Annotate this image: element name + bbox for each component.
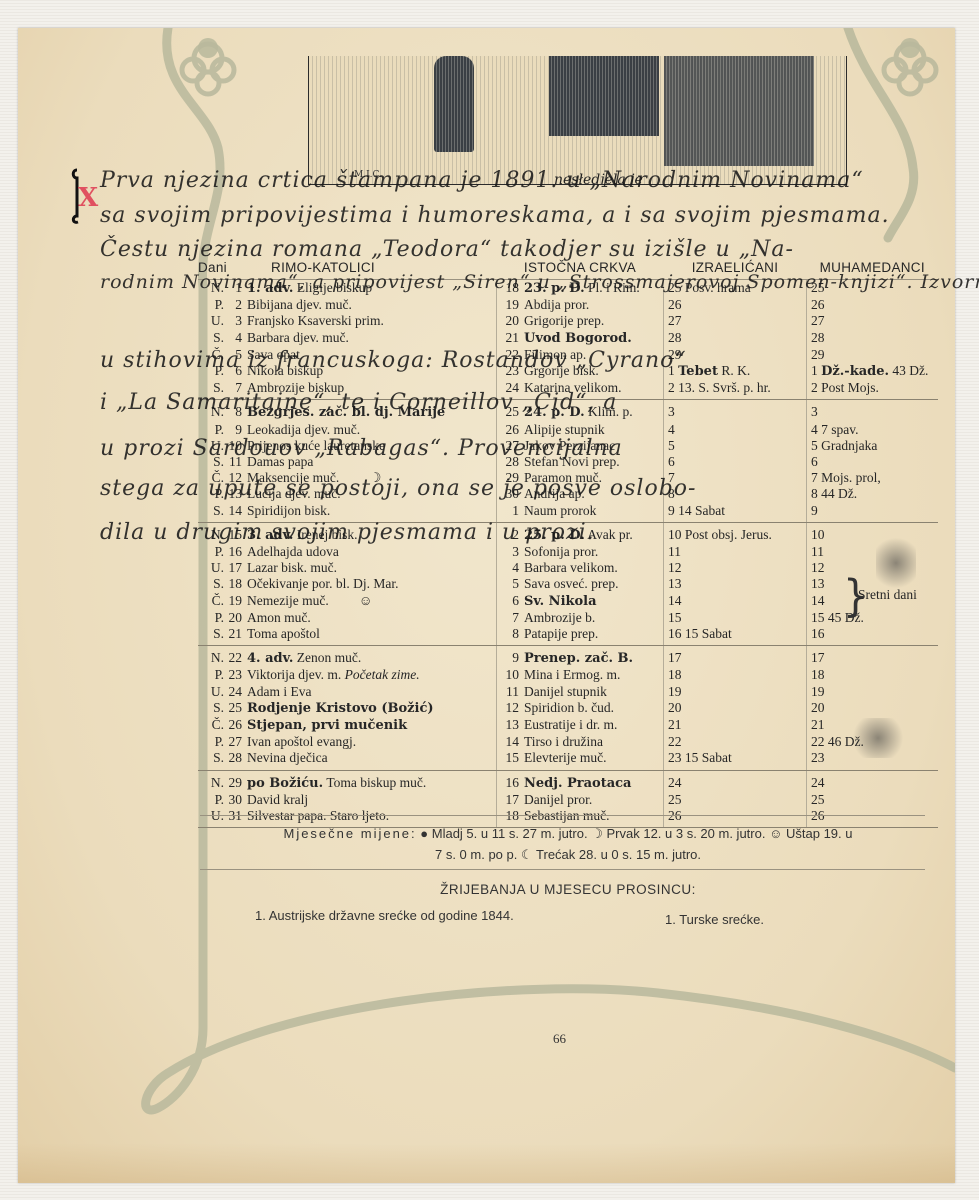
izraelicani-cell: 13	[664, 576, 807, 592]
islamic-entry: 18	[811, 667, 825, 682]
orthodox-saint: Sava osveć. prep.	[524, 576, 618, 591]
moon-phases: Mjesečne mijene: ● Mladj 5. u 11 s. 27 m…	[198, 823, 938, 865]
red-x-mark: X	[78, 183, 98, 213]
istocna-crkva-cell: 4Barbara velikom.	[497, 560, 664, 576]
islamic-entry: 5 Gradnjaka	[811, 438, 877, 453]
saint-name: Adelhajda udova	[247, 544, 339, 559]
izraelicani-cell: 24	[664, 770, 807, 792]
figure-sheep-flock	[664, 56, 814, 166]
pencil-smudge	[848, 718, 908, 758]
day-number: 4	[224, 330, 242, 346]
weekday-abbrev: P.	[202, 297, 224, 313]
weekday-abbrev: S.	[202, 626, 224, 642]
weekday-abbrev: P.	[202, 792, 224, 808]
izraelicani-cell: 21	[664, 717, 807, 734]
jewish-entry: 22	[668, 734, 682, 749]
saint-name: Nevina dječica	[247, 750, 328, 765]
weekday-abbrev: S.	[202, 750, 224, 766]
handwritten-line-8: stega za upute se postoji, ona se je pos…	[100, 476, 696, 501]
islamic-entry: 4 7 spav.	[811, 422, 859, 437]
istocna-crkva-cell: 12Spiridion b. čud.	[497, 700, 664, 717]
rimo-katolici-cell: N.224. adv. Zenon muč.	[198, 646, 497, 668]
istocna-crkva-cell: 13Eustratije i dr. m.	[497, 717, 664, 734]
handwritten-line-6: i „La Samaritaine“, te i Corneillov „Cid…	[100, 390, 617, 415]
saint-name: Spiridijon bisk.	[247, 503, 330, 518]
istocna-crkva-cell: 14Tirso i družina	[497, 734, 664, 750]
islamic-entry: 26	[811, 297, 825, 312]
saint-name: Bibijana djev. muč.	[247, 297, 352, 312]
islamic-month-bold: Dž.-kade.	[821, 364, 889, 379]
islamic-entry: 2 Post Mojs.	[811, 380, 879, 395]
rimo-katolici-cell: N.29po Božiću. Toma biskup muč.	[198, 770, 497, 792]
orthodox-day-number: 16	[501, 775, 519, 791]
saint-name: Leokadija djev. muč.	[247, 422, 360, 437]
calendar-day-row: P.2Bibijana djev. muč.19Abdija pror.2626	[198, 297, 938, 313]
calendar-day-row: P.23Viktorija djev. m. Početak zime.10Mi…	[198, 667, 938, 683]
day-number: 20	[224, 610, 242, 626]
muhamedanci-cell: 5 Gradnjaka	[807, 438, 939, 454]
izraelicani-cell: 27	[664, 313, 807, 329]
istocna-crkva-cell: 5Sava osveć. prep.	[497, 576, 664, 592]
rimo-katolici-cell: P.20Amon muč.	[198, 610, 497, 626]
handwritten-line-7: u prozi Sardouov „Rabagas“. Provencijaln…	[100, 436, 623, 461]
jewish-entry: 27	[668, 313, 682, 328]
jewish-entry: 10 Post obsj. Jerus.	[668, 527, 772, 542]
orthodox-day-number: 11	[501, 684, 519, 700]
islamic-entry: 19	[811, 684, 825, 699]
saint-name: Franjsko Ksaverski prim.	[247, 313, 384, 328]
day-number: 14	[224, 503, 242, 519]
rimo-katolici-cell: U.24Adam i Eva	[198, 684, 497, 700]
jewish-entry: 12	[668, 560, 682, 575]
orthodox-saint: Spiridion b. čud.	[524, 700, 614, 715]
rimo-katolici-cell: P.2Bibijana djev. muč.	[198, 297, 497, 313]
page-number: 66	[553, 1031, 566, 1047]
rimo-katolici-cell: P.16Adelhajda udova	[198, 544, 497, 560]
muhamedanci-cell: 19	[807, 684, 939, 700]
izraelicani-cell: 9 14 Sabat	[664, 503, 807, 523]
islamic-day-number: 1	[811, 363, 818, 378]
rimo-katolici-cell: S.4Barbara djev. muč.	[198, 330, 497, 347]
muhamedanci-cell: 6	[807, 454, 939, 470]
rimo-katolici-cell: Č.26Stjepan, prvi mučenik	[198, 717, 497, 734]
orthodox-saint: Barbara velikom.	[524, 560, 618, 575]
muhamedanci-cell: 11	[807, 544, 939, 560]
jewish-entry: 20	[668, 700, 682, 715]
jewish-entry: 28	[668, 330, 682, 345]
jewish-entry: 5	[668, 438, 675, 453]
day-number: 18	[224, 576, 242, 592]
calendar-day-row: P.30David kralj17Danijel pror.2525	[198, 792, 938, 808]
day-number: 23	[224, 667, 242, 683]
orthodox-feast-bold: Nedj. Praotaca	[524, 776, 632, 791]
saint-name: Ivan apoštol evangj.	[247, 734, 356, 749]
weekday-abbrev: S.	[202, 503, 224, 519]
muhamedanci-cell: 7 Mojs. prol,	[807, 470, 939, 486]
day-number: 28	[224, 750, 242, 766]
day-number: 17	[224, 560, 242, 576]
islamic-entry: 17	[811, 650, 825, 665]
calendar-day-row: S.21Toma apoštol8Patapije prep.16 15 Sab…	[198, 626, 938, 646]
islamic-entry: 20	[811, 700, 825, 715]
weekday-abbrev: S.	[202, 576, 224, 592]
rimo-katolici-cell: Č.19Nemezije muč.☺	[198, 593, 497, 610]
istocna-crkva-cell: 7Ambrozije b.	[497, 610, 664, 626]
orthodox-saint: Alipije stupnik	[524, 422, 605, 437]
muhamedanci-cell: 20	[807, 700, 939, 717]
jewish-entry: 3	[668, 404, 675, 419]
season-note: Početak zime.	[345, 667, 420, 682]
islamic-entry: 3	[811, 404, 818, 419]
pencil-smudge	[876, 533, 916, 593]
calendar-day-row: S.18Očekivanje por. bl. Dj. Mar.5Sava os…	[198, 576, 938, 592]
saint-name: Amon muč.	[247, 610, 311, 625]
full-moon-icon: ☺	[769, 826, 782, 841]
full-moon-text-a: Uštap 19. u	[786, 826, 853, 841]
weekday-abbrev: Č.	[202, 717, 224, 733]
calendar-day-row: Č.19Nemezije muč.☺6Sv. Nikola 1414	[198, 593, 938, 610]
muhamedanci-cell: 29	[807, 347, 939, 363]
orthodox-day-number: 7	[501, 610, 519, 626]
istocna-crkva-cell: 9Prenep. zač. B.	[497, 646, 664, 668]
day-number: 21	[224, 626, 242, 642]
muhamedanci-cell: 16	[807, 626, 939, 646]
istocna-crkva-cell: 21Uvod Bogorod.	[497, 330, 664, 347]
calendar-day-row: S.4Barbara djev. muč.21Uvod Bogorod. 282…	[198, 330, 938, 347]
orthodox-saint: Danijel pror.	[524, 792, 592, 807]
calendar-day-row: P.16Adelhajda udova3Sofonija pror.1111	[198, 544, 938, 560]
orthodox-day-number: 1	[501, 503, 519, 519]
orthodox-day-number: 9	[501, 650, 519, 666]
izraelicani-cell: 5	[664, 438, 807, 454]
jewish-entry: 17	[668, 650, 682, 665]
istocna-crkva-cell: 10Mina i Ermog. m.	[497, 667, 664, 683]
weekday-abbrev: U.	[202, 560, 224, 576]
orthodox-day-number: 3	[501, 544, 519, 560]
orthodox-day-number: 5	[501, 576, 519, 592]
islamic-entry: 10	[811, 527, 825, 542]
weekday-abbrev: Č.	[202, 593, 224, 609]
rimo-katolici-cell: S.21Toma apoštol	[198, 626, 497, 646]
jewish-entry: 9 14 Sabat	[668, 503, 725, 518]
izraelicani-cell: 11	[664, 544, 807, 560]
istocna-crkva-cell: 16Nedj. Praotaca	[497, 770, 664, 792]
orthodox-day-number: 21	[501, 330, 519, 346]
lottery-title: ŽRIJEBANJA U MJESECU PROSINCU:	[198, 882, 938, 897]
jewish-entry: 14	[668, 593, 682, 608]
rimo-katolici-cell: P.30David kralj	[198, 792, 497, 808]
muhamedanci-cell: 28	[807, 330, 939, 347]
izraelicani-cell: 15	[664, 610, 807, 626]
islamic-entry: 9	[811, 503, 818, 518]
orthodox-day-number: 14	[501, 734, 519, 750]
orthodox-day-number: 13	[501, 717, 519, 733]
istocna-crkva-cell: 11Danijel stupnik	[497, 684, 664, 700]
full-moon-text-b: 7 s. 0 m. po p.	[435, 847, 517, 862]
istocna-crkva-cell: 8Patapije prep.	[497, 626, 664, 646]
orthodox-saint: Danijel stupnik	[524, 684, 607, 699]
saint-name: Zenon muč.	[297, 650, 361, 665]
izraelicani-cell: 14	[664, 593, 807, 610]
weekday-abbrev: N.	[202, 775, 224, 791]
day-number: 24	[224, 684, 242, 700]
islamic-entry: 23	[811, 750, 825, 765]
rimo-katolici-cell: S.28Nevina dječica	[198, 750, 497, 770]
islamic-entry: 43 Dž.	[892, 363, 928, 378]
day-number: 29	[224, 775, 242, 791]
divider-rule	[200, 815, 925, 816]
istocna-crkva-cell: 20Grigorije prep.	[497, 313, 664, 329]
last-quarter-moon-icon: ☾	[521, 847, 533, 862]
islamic-entry: 25	[811, 792, 825, 807]
jewish-entry: R. K.	[721, 363, 750, 378]
islamic-entry: 7 Mojs. prol,	[811, 470, 881, 485]
calendar-day-row: P.20Amon muč.7Ambrozije b.1515 45 Dž.	[198, 610, 938, 626]
calendar-day-row: N.224. adv. Zenon muč.9Prenep. zač. B. 1…	[198, 646, 938, 668]
orthodox-day-number: 12	[501, 700, 519, 716]
muhamedanci-cell: 3	[807, 400, 939, 422]
handwritten-line-4: rodnim Novinama“, a pripovijest „Siren“ …	[100, 271, 979, 293]
muhamedanci-cell: 24	[807, 770, 939, 792]
orthodox-saint: Ambrozije b.	[524, 610, 595, 625]
islamic-entry: 28	[811, 330, 825, 345]
islamic-entry: 16	[811, 626, 825, 641]
figure-group	[549, 56, 659, 136]
day-number: 30	[224, 792, 242, 808]
izraelicani-cell: 23 15 Sabat	[664, 750, 807, 770]
new-moon-text: Mladj 5. u 11 s. 27 m. jutro.	[432, 826, 588, 841]
muhamedanci-cell: 12	[807, 560, 939, 576]
islamic-entry: 6	[811, 454, 818, 469]
islamic-entry: 24	[811, 775, 825, 790]
orthodox-day-number: 8	[501, 626, 519, 642]
muhamedanci-cell: 17	[807, 646, 939, 668]
orthodox-day-number: 10	[501, 667, 519, 683]
day-number: 2	[224, 297, 242, 313]
handwritten-line-2: sa svojim pripovijestima i humoreskama, …	[100, 203, 890, 228]
orthodox-saint: Grigorije prep.	[524, 313, 604, 328]
islamic-entry: 21	[811, 717, 825, 732]
orthodox-saint: Tirso i družina	[524, 734, 603, 749]
islamic-entry: 13	[811, 576, 825, 591]
saint-name: Očekivanje por. bl. Dj. Mar.	[247, 576, 398, 591]
orthodox-saint: Eustratije i dr. m.	[524, 717, 617, 732]
orthodox-saint: Sofonija pror.	[524, 544, 598, 559]
saint-name: Nemezije muč.	[247, 593, 329, 608]
feast-bold: 4. adv.	[247, 651, 293, 666]
muhamedanci-cell: 18	[807, 667, 939, 683]
weekday-abbrev: P.	[202, 610, 224, 626]
jewish-entry: 18	[668, 667, 682, 682]
handwritten-line-1: Prva njezina crtica štampana je 1891. u …	[100, 168, 864, 193]
izraelicani-cell: 6	[664, 454, 807, 470]
orthodox-day-number: 18	[501, 808, 519, 824]
islamic-entry: 29	[811, 347, 825, 362]
jewish-entry: 24	[668, 775, 682, 790]
weekday-abbrev: U.	[202, 313, 224, 329]
orthodox-day-number: 15	[501, 750, 519, 766]
muhamedanci-cell: 2 Post Mojs.	[807, 380, 939, 400]
handwritten-line-3: Čestu njezina romana „Teodora“ takodjer …	[100, 237, 794, 262]
rimo-katolici-cell: S.18Očekivanje por. bl. Dj. Mar.	[198, 576, 497, 592]
day-number: 3	[224, 313, 242, 329]
rimo-katolici-cell: U.17Lazar bisk. muč.	[198, 560, 497, 576]
jewish-entry: 19	[668, 684, 682, 699]
orthodox-day-number: 19	[501, 297, 519, 313]
calendar-day-row: U.24Adam i Eva11Danijel stupnik1919	[198, 684, 938, 700]
muhamedanci-cell: 9	[807, 503, 939, 523]
weekday-abbrev: U.	[202, 808, 224, 824]
izraelicani-cell: 2 13. S. Svrš. p. hr.	[664, 380, 807, 400]
jewish-entry: 25	[668, 792, 682, 807]
day-number: 16	[224, 544, 242, 560]
jewish-entry: 11	[668, 544, 681, 559]
handwritten-line-5: u stihovima iz francuskoga: Rostandov „C…	[100, 348, 687, 373]
izraelicani-cell: 19	[664, 684, 807, 700]
muhamedanci-cell: 26	[807, 297, 939, 313]
jewish-entry: 2 13. S. Svrš. p. hr.	[668, 380, 771, 395]
feast-bold: Rodjenje Kristovo (Božić)	[247, 701, 434, 716]
izraelicani-cell: 18	[664, 667, 807, 683]
weekday-abbrev: P.	[202, 734, 224, 750]
lottery-item-austrian: 1. Austrijske državne srećke od godine 1…	[255, 908, 514, 923]
last-quarter-text: Trećak 28. u 0 s. 15 m. jutro.	[536, 847, 701, 862]
istocna-crkva-cell: 17Danijel pror.	[497, 792, 664, 808]
orthodox-day-number: 6	[501, 593, 519, 609]
orthodox-saint: Elevterije muč.	[524, 750, 606, 765]
engraving-illustration: M.I.C. nesłedjela je	[308, 56, 847, 185]
saint-name: Viktorija djev. m.	[247, 667, 341, 682]
muhamedanci-cell: 15 45 Dž.	[807, 610, 939, 626]
muhamedanci-cell: 8 44 Dž.	[807, 486, 939, 502]
izraelicani-cell: 16 15 Sabat	[664, 626, 807, 646]
islamic-entry: 14	[811, 593, 825, 608]
weekday-abbrev: S.	[202, 700, 224, 716]
izraelicani-cell: 20	[664, 700, 807, 717]
orthodox-saint: Naum prorok	[524, 503, 596, 518]
weekday-abbrev: S.	[202, 330, 224, 346]
orthodox-day-number: 20	[501, 313, 519, 329]
rimo-katolici-cell: S.25Rodjenje Kristovo (Božić)	[198, 700, 497, 717]
orthodox-feast-bold: Sv. Nikola	[524, 594, 597, 609]
istocna-crkva-cell: 15Elevterije muč.	[497, 750, 664, 770]
islamic-entry: 8 44 Dž.	[811, 486, 857, 501]
muhamedanci-cell: 10	[807, 522, 939, 544]
calendar-day-row: N.29po Božiću. Toma biskup muč.16Nedj. P…	[198, 770, 938, 792]
saint-name: Toma biskup muč.	[326, 775, 426, 790]
feast-bold: Stjepan, prvi mučenik	[247, 718, 407, 733]
weekday-abbrev: N.	[202, 650, 224, 666]
orthodox-feast-bold: Prenep. zač. B.	[524, 651, 633, 666]
jewish-entry: 26	[668, 297, 682, 312]
izraelicani-cell: 28	[664, 330, 807, 347]
calendar-day-row: P.27Ivan apoštol evangj.14Tirso i družin…	[198, 734, 938, 750]
rimo-katolici-cell: U.3Franjsko Ksaverski prim.	[198, 313, 497, 329]
handwritten-line-9: dila u drugim svojim pjesmama i u prozi.	[100, 520, 595, 545]
orthodox-day-number: 17	[501, 792, 519, 808]
first-quarter-text: Prvak 12. u 3 s. 20 m. jutro.	[607, 826, 766, 841]
izraelicani-cell: 22	[664, 734, 807, 750]
new-moon-icon: ●	[420, 826, 428, 841]
calendar-day-row: U.17Lazar bisk. muč.4Barbara velikom.121…	[198, 560, 938, 576]
lottery-item-turkish: 1. Turske srećke.	[665, 912, 764, 927]
first-quarter-moon-icon: ☽	[591, 826, 603, 841]
izraelicani-cell: 10 Post obsj. Jerus.	[664, 522, 807, 544]
saint-name: Barbara djev. muč.	[247, 330, 349, 345]
calendar-day-row: U.3Franjsko Ksaverski prim.20Grigorije p…	[198, 313, 938, 329]
saint-name: David kralj	[247, 792, 308, 807]
feast-bold: po Božiću.	[247, 776, 323, 791]
jewish-entry: 21	[668, 717, 682, 732]
jewish-entry: 6	[668, 454, 675, 469]
saint-name: Lazar bisk. muč.	[247, 560, 337, 575]
islamic-entry: 27	[811, 313, 825, 328]
weekday-abbrev: P.	[202, 544, 224, 560]
orthodox-day-number: 4	[501, 560, 519, 576]
muhamedanci-cell: 4 7 spav.	[807, 422, 939, 438]
istocna-crkva-cell: 3Sofonija pror.	[497, 544, 664, 560]
orthodox-saint: Patapije prep.	[524, 626, 598, 641]
day-number: 27	[224, 734, 242, 750]
full-moon-icon: ☺	[359, 593, 373, 609]
saint-name: Adam i Eva	[247, 684, 311, 699]
rimo-katolici-cell: P.27Ivan apoštol evangj.	[198, 734, 497, 750]
orthodox-feast-bold: Uvod Bogorod.	[524, 331, 632, 346]
jewish-entry: 4	[668, 422, 675, 437]
calendar-day-row: Č.26Stjepan, prvi mučenik 13Eustratije i…	[198, 717, 938, 734]
istocna-crkva-cell: 19Abdija pror.	[497, 297, 664, 313]
jewish-entry: 15	[668, 610, 682, 625]
saint-name: Toma apoštol	[247, 626, 320, 641]
moon-phases-label: Mjesečne mijene:	[283, 826, 416, 841]
izraelicani-cell: 26	[664, 297, 807, 313]
day-number: 22	[224, 650, 242, 666]
muhamedanci-cell: 25	[807, 792, 939, 808]
day-number: 19	[224, 593, 242, 609]
day-number: 26	[224, 717, 242, 733]
jewish-entry: 16 15 Sabat	[668, 626, 732, 641]
jewish-entry: 13	[668, 576, 682, 591]
izraelicani-cell: 4	[664, 422, 807, 438]
izraelicani-cell: 17	[664, 646, 807, 668]
islamic-entry: 12	[811, 560, 825, 575]
weekday-abbrev: P.	[202, 667, 224, 683]
orthodox-saint: Abdija pror.	[524, 297, 589, 312]
orthodox-saint: Mina i Ermog. m.	[524, 667, 620, 682]
weekday-abbrev: U.	[202, 684, 224, 700]
calendar-day-row: S.25Rodjenje Kristovo (Božić) 12Spiridio…	[198, 700, 938, 717]
muhamedanci-cell: 27	[807, 313, 939, 329]
izraelicani-cell: 3	[664, 400, 807, 422]
istocna-crkva-cell: 6Sv. Nikola	[497, 593, 664, 610]
calendar-day-row: S.28Nevina dječica15Elevterije muč.23 15…	[198, 750, 938, 770]
day-number: 31	[224, 808, 242, 824]
divider-rule	[200, 869, 925, 870]
izraelicani-cell: 25	[664, 792, 807, 808]
figure-robed-person	[434, 56, 474, 152]
islamic-entry: 11	[811, 544, 824, 559]
izraelicani-cell: 12	[664, 560, 807, 576]
jewish-entry: 23 15 Sabat	[668, 750, 732, 765]
muhamedanci-cell: 1 Dž.-kade. 43 Dž.	[807, 363, 939, 380]
day-number: 25	[224, 700, 242, 716]
rimo-katolici-cell: P.23Viktorija djev. m. Početak zime.	[198, 667, 497, 683]
